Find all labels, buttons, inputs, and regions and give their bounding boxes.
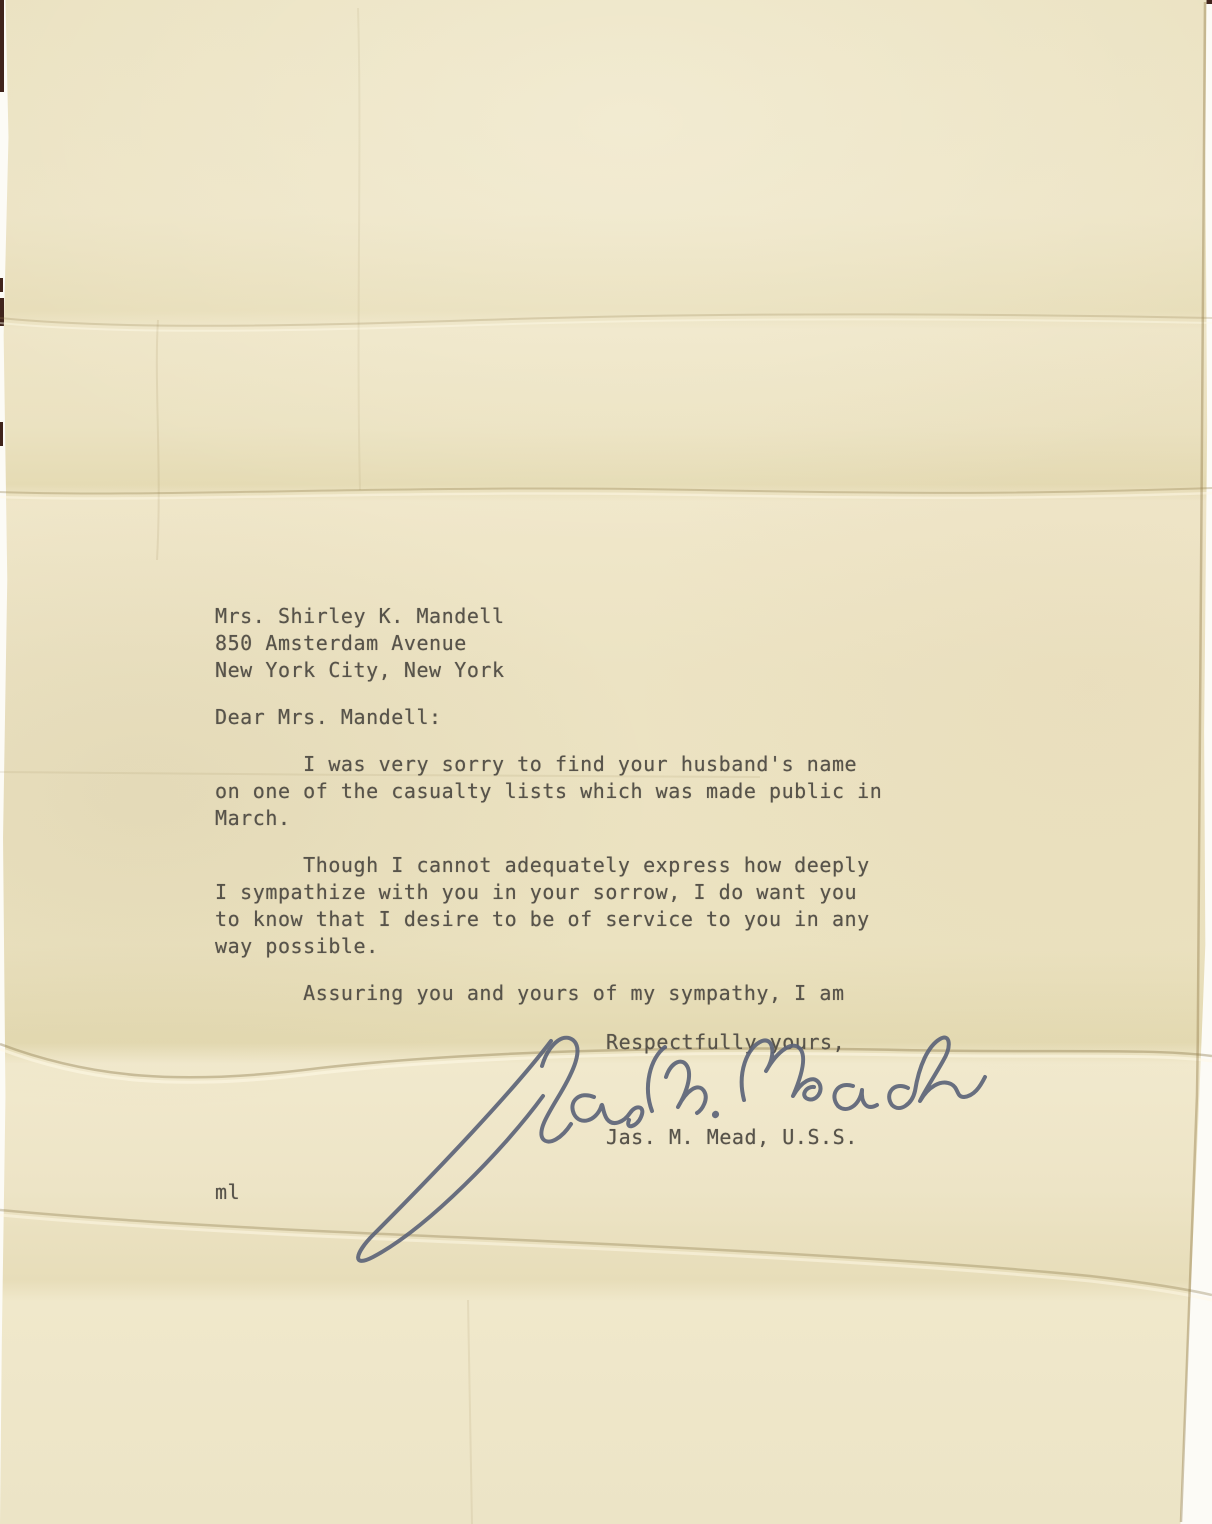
salutation: Dear Mrs. Mandell: — [215, 704, 882, 731]
scan-edge-mark — [0, 298, 4, 326]
complimentary-close: Respectfully yours, — [606, 1029, 845, 1056]
typed-signature: Jas. M. Mead, U.S.S. — [606, 1124, 858, 1151]
paragraph-1: I was very sorry to find your husband's … — [215, 751, 882, 832]
paragraph-3: Assuring you and yours of my sympathy, I… — [215, 980, 882, 1007]
scan-edge-mark — [0, 422, 3, 446]
scan-edge-mark — [0, 0, 4, 92]
letter-body: Mrs. Shirley K. Mandell 850 Amsterdam Av… — [215, 603, 882, 1027]
recipient-address: Mrs. Shirley K. Mandell 850 Amsterdam Av… — [215, 603, 882, 684]
scanned-letter: { "letterhead": { "chairman": "KENNETH M… — [0, 0, 1212, 1524]
scan-edge-mark — [0, 278, 3, 292]
paragraph-2: Though I cannot adequately express how d… — [215, 852, 882, 960]
typist-initials: ml — [215, 1179, 240, 1206]
